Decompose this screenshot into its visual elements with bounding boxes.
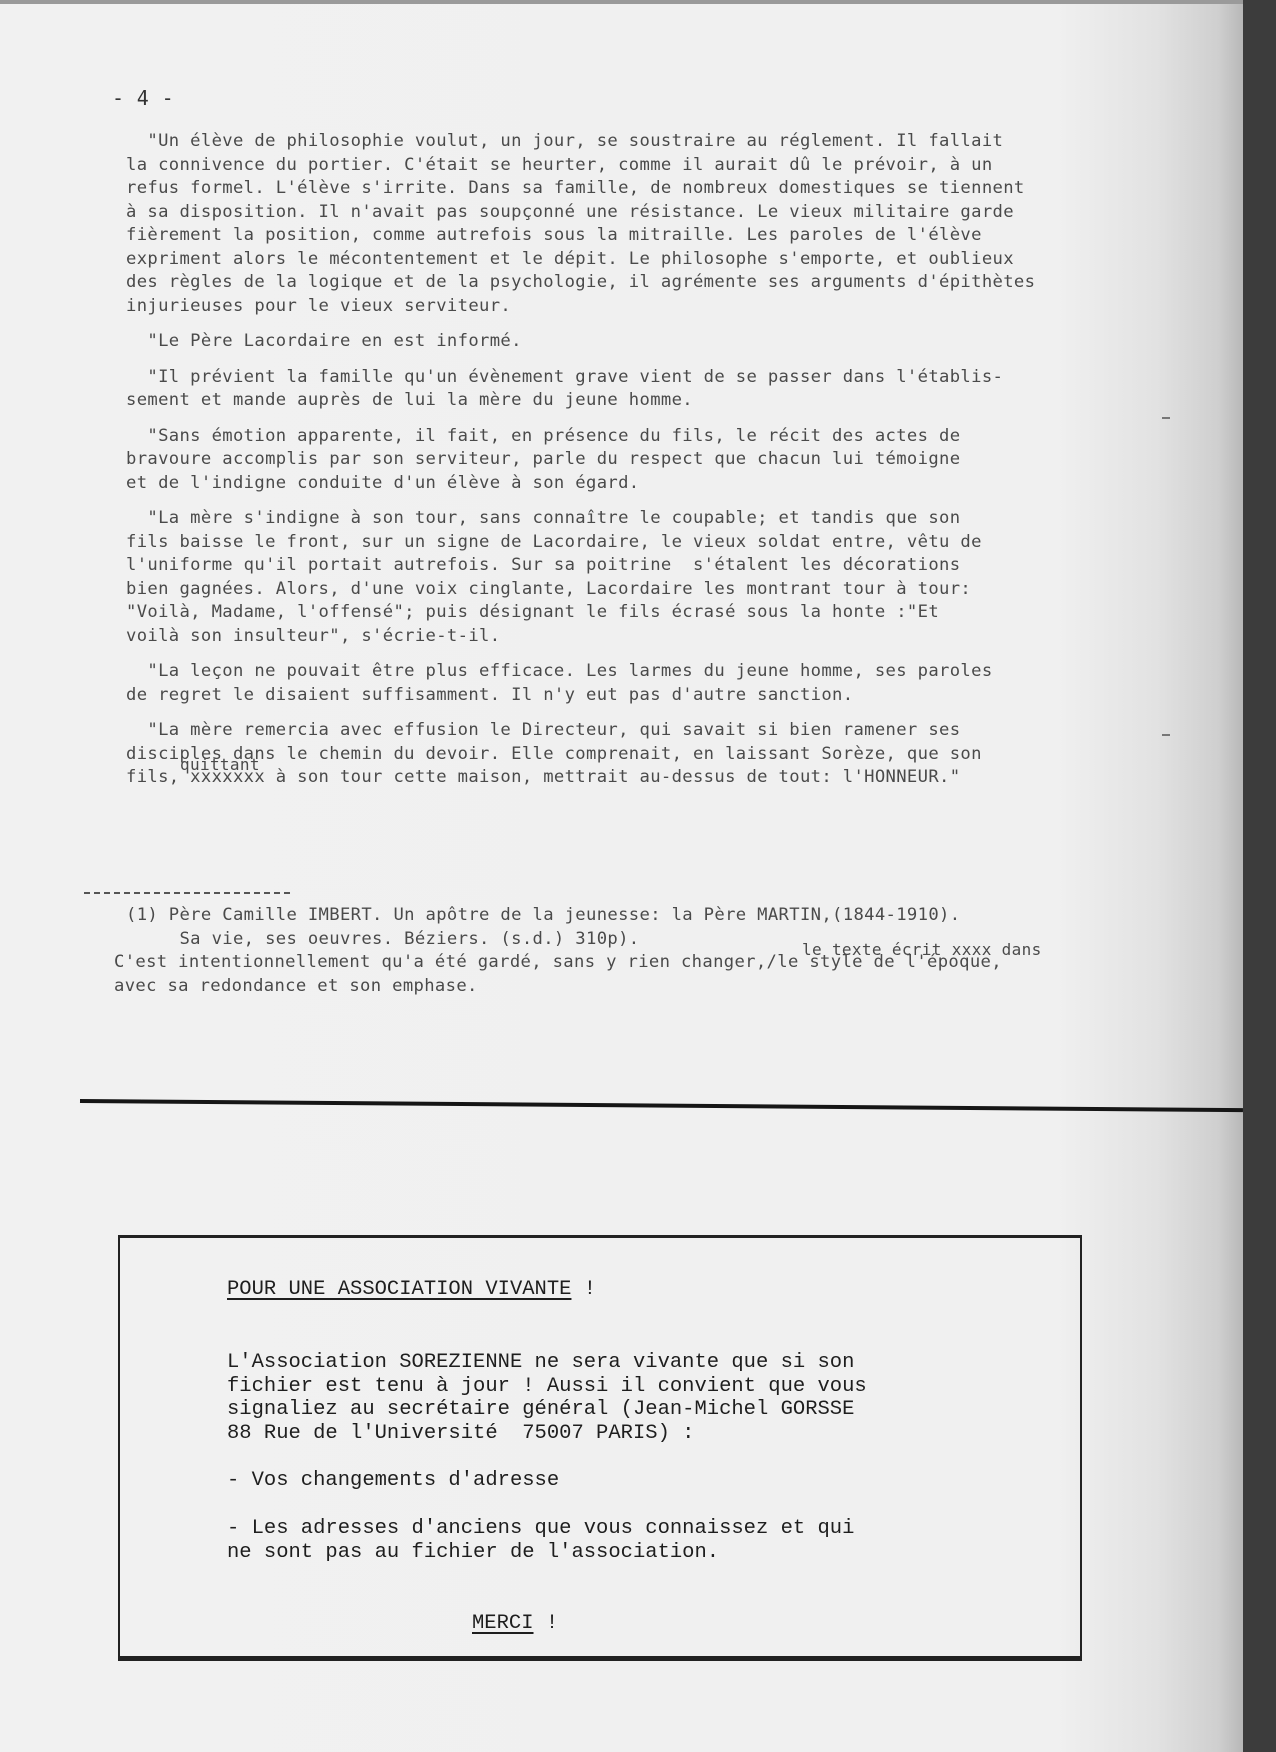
text-line: voilà son insulteur", s'écrie-t-il. <box>126 625 1035 649</box>
thanks-text: MERCI <box>472 1612 534 1635</box>
story-paragraph: "La mère remercia avec effusion le Direc… <box>126 719 1035 790</box>
story-paragraph: "La leçon ne pouvait être plus efficace.… <box>126 660 1035 707</box>
text-line: fils, xxxxxxx à son tour cette maison, m… <box>126 766 1035 790</box>
margin-mark <box>1162 417 1170 419</box>
notice-item-line: - Les adresses d'anciens que vous connai… <box>227 1517 854 1541</box>
footnote-line: C'est intentionnellement qu'a été gardé,… <box>114 951 1002 975</box>
notice-body-line: L'Association SOREZIENNE ne sera vivante… <box>227 1351 867 1375</box>
notice-title-text: POUR UNE ASSOCIATION VIVANTE <box>227 1278 571 1301</box>
text-line: "Voilà, Madame, l'offensé"; puis désigna… <box>126 601 1035 625</box>
footnote-line: avec sa redondance et son emphase. <box>114 975 1002 999</box>
text-line: à sa disposition. Il n'avait pas soupçon… <box>126 201 1035 225</box>
page-top-edge <box>0 0 1243 4</box>
text-line: injurieuses pour le vieux serviteur. <box>126 295 1035 319</box>
text-line: refus formel. L'élève s'irrite. Dans sa … <box>126 177 1035 201</box>
text-line: l'uniforme qu'il portait autrefois. Sur … <box>126 554 1035 578</box>
text-line: disciples dans le chemin du devoir. Elle… <box>126 743 1035 767</box>
notice-body-line: signaliez au secrétaire général (Jean-Mi… <box>227 1398 867 1422</box>
text-line: "Il prévient la famille qu'un évènement … <box>126 366 1035 390</box>
text-line: fils baisse le front, sur un signe de La… <box>126 531 1035 555</box>
notice-title-suffix: ! <box>571 1278 596 1301</box>
text-line: des règles de la logique et de la psycho… <box>126 271 1035 295</box>
section-divider <box>80 1099 1243 1112</box>
text-line: et de l'indigne conduite d'un élève à so… <box>126 472 1035 496</box>
notice-item-address-changes: - Vos changements d'adresse <box>227 1469 559 1492</box>
notice-body-line: fichier est tenu à jour ! Aussi il convi… <box>227 1375 867 1399</box>
notice-body-line: 88 Rue de l'Université 75007 PARIS) : <box>227 1422 867 1446</box>
story-paragraph: "La mère s'indigne à son tour, sans conn… <box>126 507 1035 648</box>
footnote-line: (1) Père Camille IMBERT. Un apôtre de la… <box>126 904 1002 928</box>
footnote-separator <box>84 892 290 894</box>
text-line: "La leçon ne pouvait être plus efficace.… <box>126 660 1035 684</box>
text-line: "Un élève de philosophie voulut, un jour… <box>126 130 1035 154</box>
text-line: bravoure accomplis par son serviteur, pa… <box>126 448 1035 472</box>
typed-insertion: le texte écrit xxxx dans <box>802 938 1042 962</box>
text-line: bien gagnées. Alors, d'une voix cinglant… <box>126 578 1035 602</box>
notice-thanks: MERCI ! <box>472 1612 558 1635</box>
text-line: "La mère s'indigne à son tour, sans conn… <box>126 507 1035 531</box>
text-line: sement et mande auprès de lui la mère du… <box>126 389 1035 413</box>
notice-body: L'Association SOREZIENNE ne sera vivante… <box>227 1351 867 1445</box>
margin-mark <box>1162 734 1170 736</box>
story-paragraph: "Le Père Lacordaire en est informé. <box>126 330 1035 354</box>
thanks-suffix: ! <box>534 1612 559 1635</box>
text-line: la connivence du portier. C'était se heu… <box>126 154 1035 178</box>
story-paragraph: "Un élève de philosophie voulut, un jour… <box>126 130 1035 318</box>
story-text: "Un élève de philosophie voulut, un jour… <box>126 130 1035 802</box>
story-paragraph: "Il prévient la famille qu'un évènement … <box>126 366 1035 413</box>
text-line: "Le Père Lacordaire en est informé. <box>126 330 1035 354</box>
footnote: (1) Père Camille IMBERT. Un apôtre de la… <box>126 904 1002 998</box>
association-notice-box: POUR UNE ASSOCIATION VIVANTE ! L'Associa… <box>118 1235 1082 1661</box>
text-line: "Sans émotion apparente, il fait, en pré… <box>126 425 1035 449</box>
story-paragraph: "Sans émotion apparente, il fait, en pré… <box>126 425 1035 496</box>
text-line: fièrement la position, comme autrefois s… <box>126 224 1035 248</box>
notice-title: POUR UNE ASSOCIATION VIVANTE ! <box>227 1278 596 1301</box>
notice-item-line: ne sont pas au fichier de l'association. <box>227 1541 854 1565</box>
text-line: expriment alors le mécontentement et le … <box>126 248 1035 272</box>
notice-item-former-students: - Les adresses d'anciens que vous connai… <box>227 1517 854 1564</box>
scanned-page: - 4 - "Un élève de philosophie voulut, u… <box>0 0 1243 1752</box>
handwritten-correction: quittant <box>180 753 260 777</box>
page-number: - 4 - <box>112 86 174 110</box>
text-line: de regret le disaient suffisamment. Il n… <box>126 684 1035 708</box>
text-line: "La mère remercia avec effusion le Direc… <box>126 719 1035 743</box>
